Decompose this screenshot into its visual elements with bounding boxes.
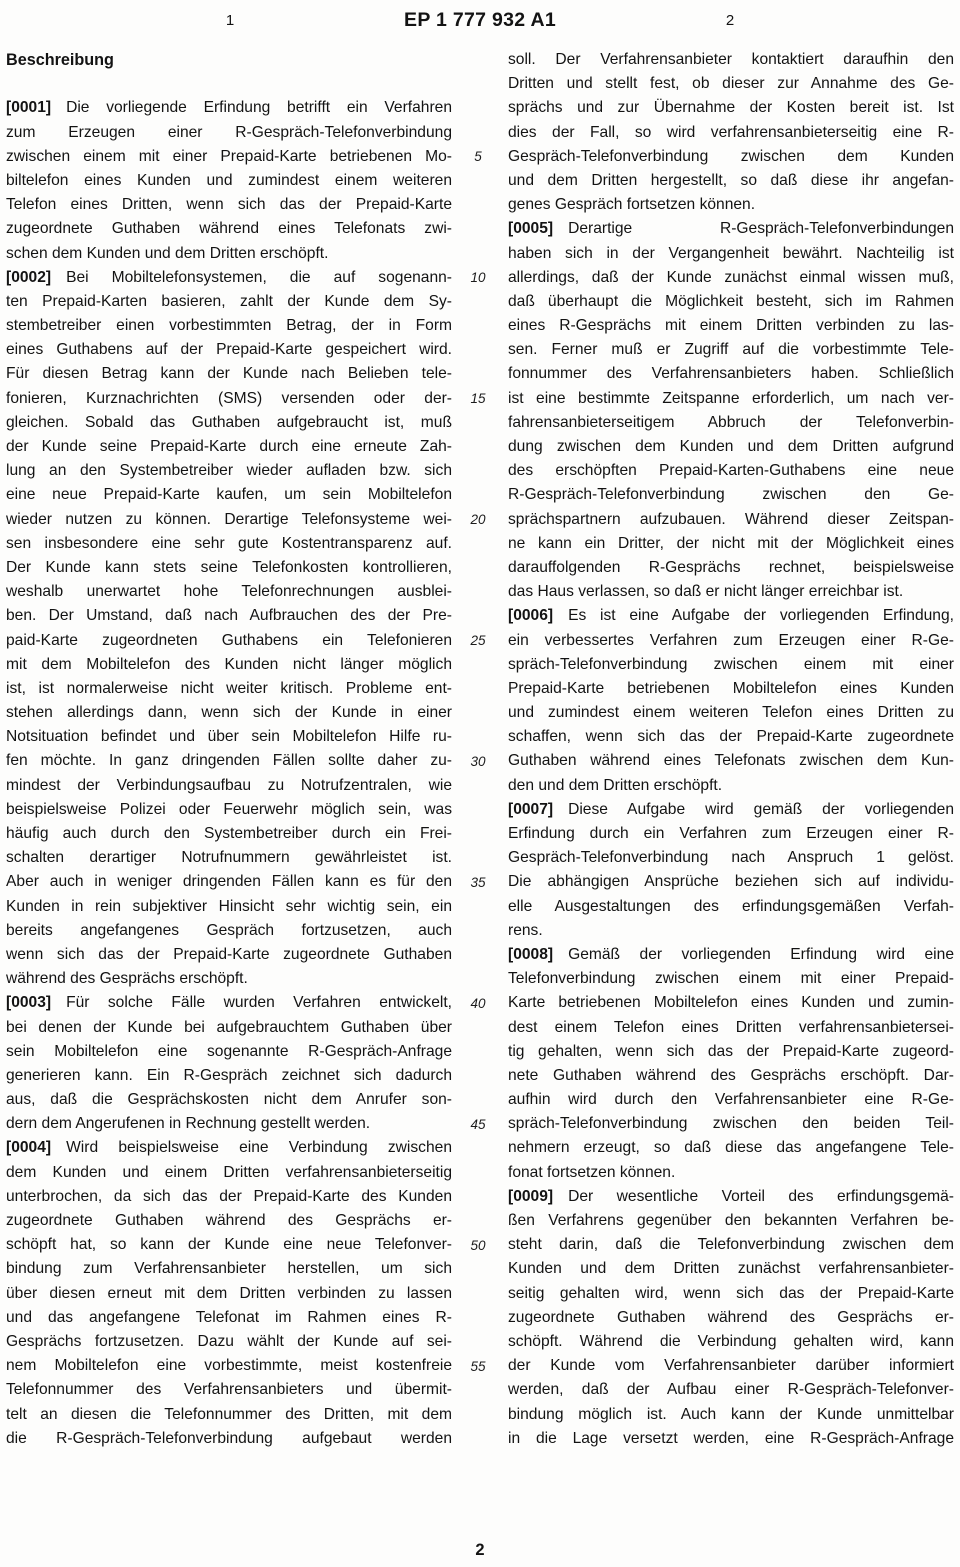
- text-line: bindung zum Verfahrensanbieter herstelle…: [6, 1257, 452, 1281]
- text-line: Erfindung durch ein Verfahren zum Erzeug…: [508, 822, 954, 846]
- gutter-line-number: 45: [450, 1113, 506, 1137]
- text-line: schaffen, wenn sich das der Prepaid-Kart…: [508, 725, 954, 749]
- text-line: Kunden und dem Dritten zunächst verfahre…: [508, 1257, 954, 1281]
- text-line: [0002]Bei Mobiltelefonsystemen, die auf …: [6, 266, 452, 290]
- text-line: Prepaid-Karte betriebenen Mobiltelefon e…: [508, 677, 954, 701]
- gutter-line-number: 30: [450, 750, 506, 774]
- text-line: des erschöpften Prepaid-Karten-Guthabens…: [508, 459, 954, 483]
- text-line: der Kunde seine Prepaid-Karte durch eine…: [6, 435, 452, 459]
- text-line: beispielsweise Polizei oder Feuerwehr mö…: [6, 798, 452, 822]
- text-line: [0007]Diese Aufgabe wird gemäß der vorli…: [508, 798, 954, 822]
- text-line: dem Kunden und einem Dritten verfahrensa…: [6, 1161, 452, 1185]
- text-line: nehmern erzeugt, so daß diese das angefa…: [508, 1136, 954, 1160]
- text-line: weshalb unerwartet hohe Telefonrechnunge…: [6, 580, 452, 604]
- text-line: stehen allerdings dann, wenn sich der Ku…: [6, 701, 452, 725]
- text-line: [0004]Wird beispielsweise eine Verbindun…: [6, 1136, 452, 1160]
- text-line: Karte betriebenen Mobiltelefon eines Kun…: [508, 991, 954, 1015]
- text-line: sen insbesondere eine sehr gute Kostentr…: [6, 532, 452, 556]
- text-line: Gesprächs fortzusetzen. Dazu wählt der K…: [6, 1330, 452, 1354]
- text-line: unterbrochen, da sich das der Prepaid-Ka…: [6, 1185, 452, 1209]
- text-line: Telefonnummer des Verfahrensanbieters un…: [6, 1378, 452, 1402]
- text-line: ben. Der Umstand, daß nach Aufbrauchen d…: [6, 604, 452, 628]
- text-line: schöpft. Während die Verbindung gehalten…: [508, 1330, 954, 1354]
- text-line: über diesen erneut mit dem Dritten verbi…: [6, 1282, 452, 1306]
- text-line: R-Gespräch-Telefonverbindung zwischen de…: [508, 483, 954, 507]
- text-line: [0006]Es ist eine Aufgabe der vorliegend…: [508, 604, 954, 628]
- text-line: bindung möglich ist. Auch kann der Kunde…: [508, 1403, 954, 1427]
- text-line: das Haus verlassen, so daß er nicht läng…: [508, 580, 954, 604]
- text-line: werden, daß der Aufbau einer R-Gespräch-…: [508, 1378, 954, 1402]
- text-line: Guthaben während eines Telefonats zwisch…: [508, 749, 954, 773]
- text-line: steht darin, daß die Telefonverbindung z…: [508, 1233, 954, 1257]
- gutter-line-number: 15: [450, 387, 506, 411]
- text-line: fonieren, Kurznachrichten (SMS) versende…: [6, 387, 452, 411]
- paragraph-number: [0009]: [508, 1188, 553, 1205]
- text-line: daß überhaupt die Möglichkeit besteht, s…: [508, 290, 954, 314]
- text-line: Aber auch in weniger dringenden Fällen k…: [6, 870, 452, 894]
- text-line: häufig auch durch den Systembetreiber du…: [6, 822, 452, 846]
- text-line: [0005]Derartige R-Gespräch-Telefonverbin…: [508, 217, 954, 241]
- left-column-lines: [0001]Die vorliegende Erfindung betrifft…: [6, 96, 452, 1451]
- gutter-line-numbers: 510152025303540455055: [450, 0, 506, 1567]
- paragraph-number: [0005]: [508, 220, 553, 237]
- text-line: und dem Dritten hergestellt, so daß dies…: [508, 169, 954, 193]
- text-line: wieder nutzen zu können. Derartige Telef…: [6, 508, 452, 532]
- text-line: fahrensanbieterseitigem Abbruch der Tele…: [508, 411, 954, 435]
- text-line: fonnummer des Verfahrensanbieters haben.…: [508, 362, 954, 386]
- text-line: Telefon eines Dritten, wenn sich das der…: [6, 193, 452, 217]
- text-line: Dritten und stellt fest, ob dieser zur A…: [508, 72, 954, 96]
- text-line: rens.: [508, 919, 954, 943]
- text-line: dest einem Telefon eines Dritten verfahr…: [508, 1016, 954, 1040]
- text-line: aus, daß die Gesprächskosten nicht dem A…: [6, 1088, 452, 1112]
- text-line: [0003]Für solche Fälle wurden Verfahren …: [6, 991, 452, 1015]
- text-line: sein Mobiltelefon eine sogenannte R-Gesp…: [6, 1040, 452, 1064]
- text-line: mindest der Verbindungsaufbau zu Notrufz…: [6, 774, 452, 798]
- text-line: nete Guthaben während des Gesprächs ersc…: [508, 1064, 954, 1088]
- gutter-line-number: 5: [450, 145, 506, 169]
- text-line: dern dem Angerufenen in Rechnung gestell…: [6, 1112, 452, 1136]
- text-line: ten Prepaid-Karten basieren, zahlt der K…: [6, 290, 452, 314]
- section-heading: Beschreibung: [6, 48, 452, 96]
- text-line: sen. Ferner muß er Zugriff auf die vorbe…: [508, 338, 954, 362]
- text-line: Telefonverbindung zwischen einem mit ein…: [508, 967, 954, 991]
- text-line: generieren kann. Ein R-Gespräch zeichnet…: [6, 1064, 452, 1088]
- text-line: lung an den Systembetreiber wieder aufla…: [6, 459, 452, 483]
- text-line: [0001]Die vorliegende Erfindung betrifft…: [6, 96, 452, 120]
- text-line: schöpft hat, so kann der Kunde eine neue…: [6, 1233, 452, 1257]
- text-line: Kunden in rein subjektiver Hinsicht sehr…: [6, 895, 452, 919]
- text-line: seitig gehalten wird, wenn sich das der …: [508, 1282, 954, 1306]
- patent-document-page: 1 EP 1 777 932 A1 2 51015202530354045505…: [0, 0, 960, 1567]
- text-line: ne kann ein Dritter, der nicht mit der M…: [508, 532, 954, 556]
- gutter-line-number: 10: [450, 266, 506, 290]
- text-line: der Kunde vom Verfahrensanbieter darüber…: [508, 1354, 954, 1378]
- text-line: stembetreiber einen vorbestimmten Betrag…: [6, 314, 452, 338]
- text-line: Gespräch-Telefonverbindung nach Anspruch…: [508, 846, 954, 870]
- gutter-line-number: 25: [450, 629, 506, 653]
- text-line: nem Mobiltelefon eine vorbestimmte, meis…: [6, 1354, 452, 1378]
- text-line: eines Guthabens auf der Prepaid-Karte ge…: [6, 338, 452, 362]
- paragraph-number: [0002]: [6, 269, 51, 286]
- text-line: mit dem Mobiltelefon des Kunden nicht lä…: [6, 653, 452, 677]
- paragraph-number: [0004]: [6, 1139, 51, 1156]
- text-line: ist eine bestimmte Zeitspanne erforderli…: [508, 387, 954, 411]
- text-line: die R-Gespräch-Telefonverbindung aufgeba…: [6, 1427, 452, 1451]
- text-line: zum Erzeugen einer R-Gespräch-Telefonver…: [6, 121, 452, 145]
- text-line: sprächs und zur Übernahme der Kosten ber…: [508, 96, 954, 120]
- text-line: darauffolgenden R-Gesprächs rechnet, bei…: [508, 556, 954, 580]
- text-line: und das angefangene Telefonat im Rahmen …: [6, 1306, 452, 1330]
- text-line: bereits angefangenes Gespräch fortzusetz…: [6, 919, 452, 943]
- gutter-line-number: 20: [450, 508, 506, 532]
- header-column-number-right: 2: [507, 12, 953, 30]
- text-line: schalten derartiger Notrufnummern gewähr…: [6, 846, 452, 870]
- gutter-line-number: 50: [450, 1234, 506, 1258]
- footer-page-number: 2: [0, 1541, 960, 1560]
- text-line: zwischen einem mit einer Prepaid-Karte b…: [6, 145, 452, 169]
- gutter-line-number: 55: [450, 1355, 506, 1379]
- text-line: fonat fortsetzen können.: [508, 1161, 954, 1185]
- text-line: tig gehalten, wenn sich das der Prepaid-…: [508, 1040, 954, 1064]
- text-line: eines R-Gesprächs mit einem Dritten verb…: [508, 314, 954, 338]
- paragraph-number: [0008]: [508, 946, 553, 963]
- text-line: gleichen. Sobald das Guthaben aufgebrauc…: [6, 411, 452, 435]
- text-line: wenn sich das der Prepaid-Karte zugeordn…: [6, 943, 452, 967]
- text-line: [0009]Der wesentliche Vorteil des erfind…: [508, 1185, 954, 1209]
- right-text-column: soll. Der Verfahrensanbieter kontaktiert…: [508, 48, 954, 1451]
- text-line: aufhin wird durch den Verfahrensanbieter…: [508, 1088, 954, 1112]
- text-line: telt an diesen die Telefonnummer des Dri…: [6, 1403, 452, 1427]
- text-line: Für diesen Betrag kann der Kunde nach Be…: [6, 362, 452, 386]
- text-line: Notsituation befindet und über sein Mobi…: [6, 725, 452, 749]
- text-line: dies der Fall, so wird verfahrensanbiete…: [508, 121, 954, 145]
- text-line: zugeordnete Guthaben während des Gespräc…: [6, 1209, 452, 1233]
- paragraph-number: [0001]: [6, 99, 51, 116]
- text-line: zugeordnete Guthaben während des Gespräc…: [508, 1306, 954, 1330]
- text-line: sprächspartnern aufzubauen. Während dies…: [508, 508, 954, 532]
- paragraph-number: [0007]: [508, 801, 553, 818]
- text-line: dung zwischen dem Kunden und dem Dritten…: [508, 435, 954, 459]
- text-line: ßen Verfahrens gegenüber den bekannten V…: [508, 1209, 954, 1233]
- text-line: spräch-Telefonverbindung zwischen einem …: [508, 653, 954, 677]
- gutter-line-number: 35: [450, 871, 506, 895]
- text-line: allerdings, daß der Kunde zunächst einma…: [508, 266, 954, 290]
- gutter-line-number: 40: [450, 992, 506, 1016]
- text-line: ein verbessertes Verfahren zum Erzeugen …: [508, 629, 954, 653]
- paragraph-number: [0006]: [508, 607, 553, 624]
- text-line: spräch-Telefonverbindung zwischen den be…: [508, 1112, 954, 1136]
- text-line: den und dem Dritten erschöpft.: [508, 774, 954, 798]
- text-line: [0008]Gemäß der vorliegenden Erfindung w…: [508, 943, 954, 967]
- text-line: biltelefon eines Kunden und zumindest ei…: [6, 169, 452, 193]
- text-line: Der Kunde kann stets seine Telefonkosten…: [6, 556, 452, 580]
- text-line: soll. Der Verfahrensanbieter kontaktiert…: [508, 48, 954, 72]
- text-line: fen möchte. In ganz dringenden Fällen so…: [6, 749, 452, 773]
- text-line: in die Lage versetzt werden, eine R-Gesp…: [508, 1427, 954, 1451]
- text-line: paid-Karte zugeordneten Guthabens ein Te…: [6, 629, 452, 653]
- text-line: schen dem Kunden und dem Dritten erschöp…: [6, 242, 452, 266]
- text-line: ist, ist normalerweise nicht weiter krit…: [6, 677, 452, 701]
- text-line: eine neue Prepaid-Karte kaufen, um sein …: [6, 483, 452, 507]
- text-line: elle Ausgestaltungen des erfindungsgemäß…: [508, 895, 954, 919]
- text-line: während des Gesprächs erschöpft.: [6, 967, 452, 991]
- text-line: haben sich in der Vergangenheit bewährt.…: [508, 242, 954, 266]
- text-line: Gespräch-Telefonverbindung zwischen dem …: [508, 145, 954, 169]
- text-line: und zumindest einem weiteren Telefon ein…: [508, 701, 954, 725]
- text-line: genes Gespräch fortsetzen können.: [508, 193, 954, 217]
- text-line: zugeordnete Guthaben während eines Telef…: [6, 217, 452, 241]
- paragraph-number: [0003]: [6, 994, 51, 1011]
- text-line: Die abhängigen Ansprüche beziehen sich a…: [508, 870, 954, 894]
- text-line: bei denen der Kunde bei aufgebrauchtem G…: [6, 1016, 452, 1040]
- left-text-column: Beschreibung [0001]Die vorliegende Erfin…: [6, 48, 452, 1451]
